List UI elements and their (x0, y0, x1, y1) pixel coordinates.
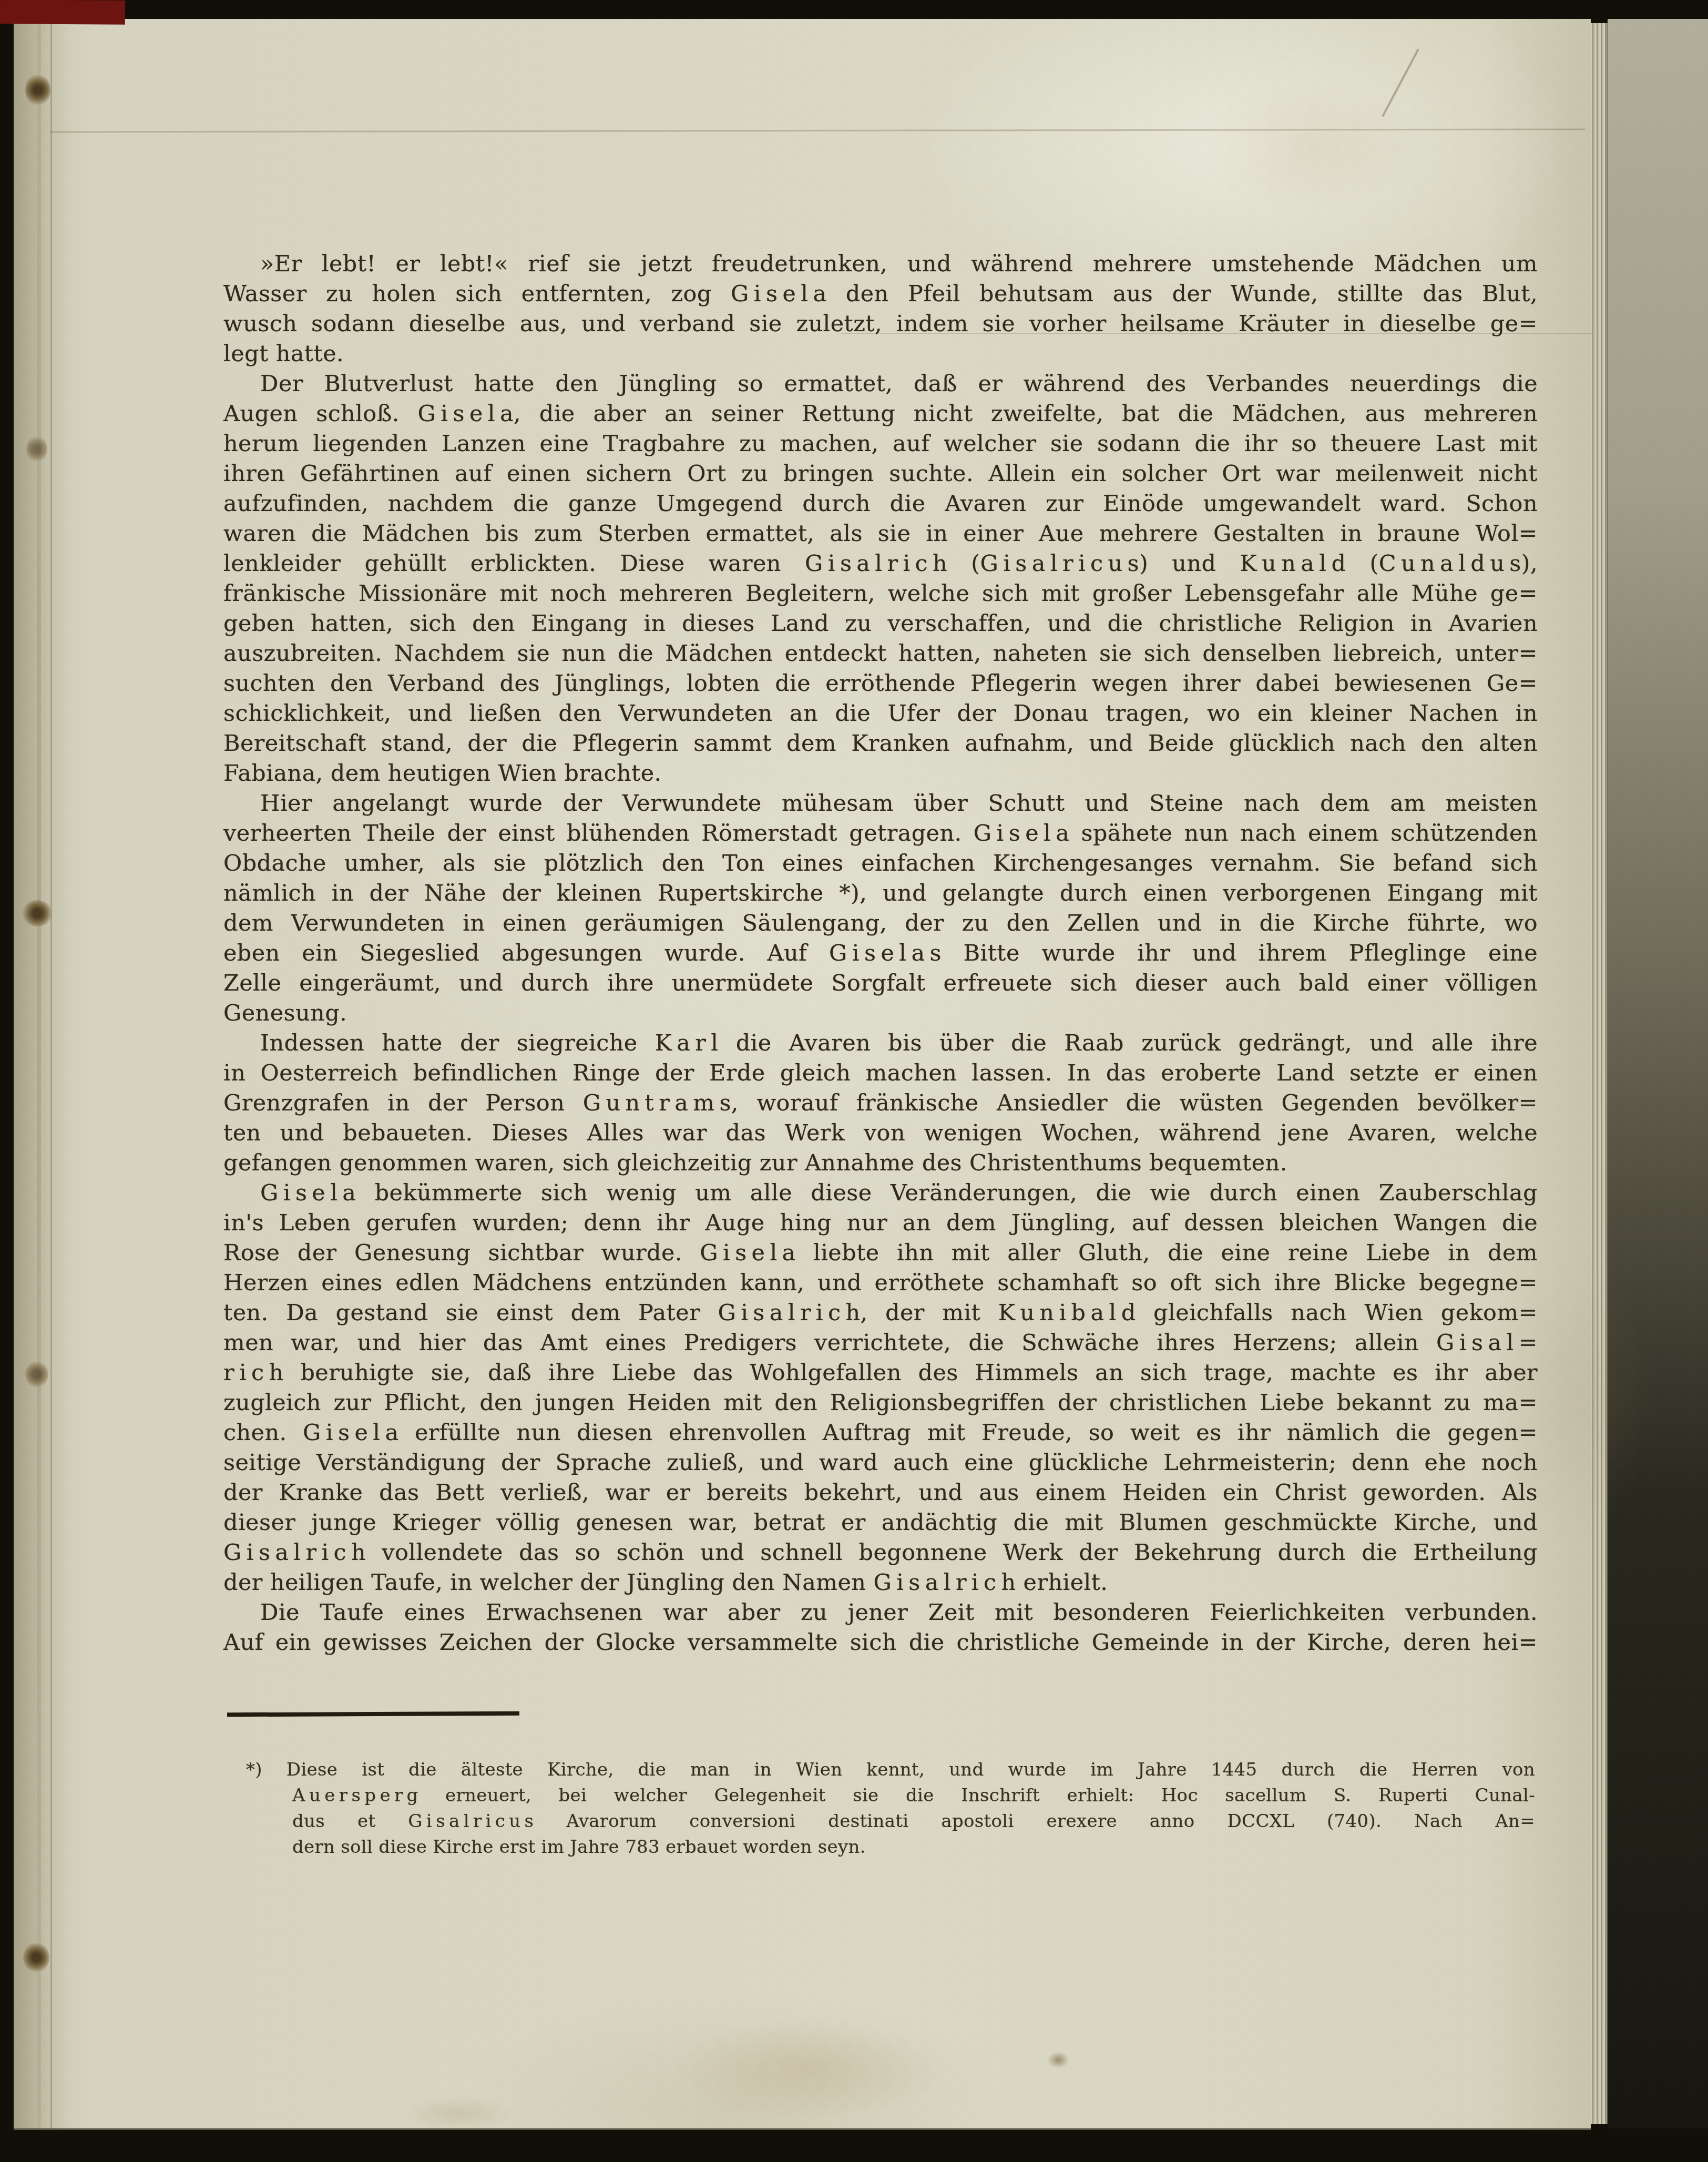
book-page-scan: »Er lebt! er lebt!« rief sie jetzt freud… (0, 0, 1708, 2162)
binding-spine-shadow (14, 19, 82, 2128)
text-line: ten. Da gestand sie einst dem Pater G i … (223, 1298, 1538, 1328)
text-line: »Er lebt! er lebt!« rief sie jetzt freud… (223, 249, 1538, 279)
binding-thread (37, 19, 41, 2128)
text-line: zugleich zur Pflicht, den jungen Heiden … (223, 1388, 1538, 1418)
text-line: Grenzgrafen in der Person G u n t r a m … (223, 1088, 1538, 1118)
text-line: dem Verwundeten in einen geräumigen Säul… (223, 909, 1538, 939)
text-line: Bereitschaft stand, der die Pflegerin sa… (223, 729, 1538, 759)
text-line: fränkische Missionäre mit noch mehreren … (223, 579, 1538, 609)
text-line: aufzufinden, nachdem die ganze Umgegend … (223, 489, 1538, 519)
text-line: geben hatten, sich den Eingang in dieses… (223, 609, 1538, 639)
text-line: auszubreiten. Nachdem sie nun die Mädche… (223, 639, 1538, 669)
text-line: in's Leben gerufen wurden; denn ihr Auge… (223, 1208, 1538, 1238)
paragraph: Indessen hatte der siegreiche K a r l di… (223, 1028, 1538, 1178)
text-line: Hier angelangt wurde der Verwundete mühe… (223, 789, 1538, 819)
text-line: dus et G i s a l r i c u s Avarorum conv… (246, 1809, 1535, 1834)
text-line: Zelle eingeräumt, und durch ihre unermüd… (223, 968, 1538, 998)
text-line: in Oesterreich befindlichen Ringe der Er… (223, 1058, 1538, 1088)
text-line: ten und bebaueten. Dieses Alles war das … (223, 1118, 1538, 1148)
page-stack-edges (1591, 23, 1608, 2124)
paragraph: Der Blutverlust hatte den Jüngling so er… (223, 369, 1538, 789)
text-line: G i s e l a bekümmerte sich wenig um all… (223, 1178, 1538, 1208)
binding-stitch-knot (25, 74, 50, 106)
text-line: eben ein Siegeslied abgesungen wurde. Au… (223, 939, 1538, 968)
text-line: dieser junge Krieger völlig genesen war,… (223, 1508, 1538, 1538)
text-line: schicklichkeit, und ließen den Verwundet… (223, 699, 1538, 729)
binding-stitch-knot (25, 1361, 48, 1388)
text-line: verheerten Theile der einst blühenden Rö… (223, 819, 1538, 849)
paragraph: Hier angelangt wurde der Verwundete mühe… (223, 789, 1538, 1028)
text-line: A u e r s p e r g erneuert, bei welcher … (246, 1783, 1535, 1809)
text-line: Die Taufe eines Erwachsenen war aber zu … (223, 1598, 1538, 1628)
text-line: wusch sodann dieselbe aus, und verband s… (223, 309, 1538, 339)
text-line: herum liegenden Lanzen eine Tragbahre zu… (223, 429, 1538, 459)
text-line: Herzen eines edlen Mädchens entzünden ka… (223, 1268, 1538, 1298)
book-edge-shadow (1608, 19, 1708, 2128)
paragraph: G i s e l a bekümmerte sich wenig um all… (223, 1178, 1538, 1598)
text-line: seitige Verständigung der Sprache zuließ… (223, 1448, 1538, 1478)
text-line: nämlich in der Nähe der kleinen Rupertsk… (223, 879, 1538, 909)
text-line: G i s a l r i c h vollendete das so schö… (223, 1538, 1538, 1568)
text-line: Augen schloß. G i s e l a, die aber an s… (223, 399, 1538, 429)
text-line: gefangen genommen waren, sich gleichzeit… (223, 1148, 1538, 1178)
text-line: der Kranke das Bett verließ, war er bere… (223, 1478, 1538, 1508)
spine-red-corner (0, 0, 125, 25)
binding-fold-crease (50, 19, 52, 2128)
text-line: legt hatte. (223, 339, 1538, 369)
text-line: men war, und hier das Amt eines Prediger… (223, 1328, 1538, 1358)
binding-stitch-knot (26, 435, 47, 463)
text-line: Genesung. (223, 998, 1538, 1028)
text-line: Rose der Genesung sichtbar wurde. G i s … (223, 1238, 1538, 1268)
text-line: chen. G i s e l a erfüllte nun diesen eh… (223, 1418, 1538, 1448)
footnote: *) Diese ist die älteste Kirche, die man… (246, 1757, 1535, 1860)
text-line: ihren Gefährtinen auf einen sichern Ort … (223, 459, 1538, 489)
binding-stitch-knot (23, 1942, 49, 1973)
binding-stitch-knot (22, 900, 53, 926)
text-line: suchten den Verband des Jünglings, lobte… (223, 669, 1538, 699)
paragraph: Die Taufe eines Erwachsenen war aber zu … (223, 1598, 1538, 1658)
text-line: waren die Mädchen bis zum Sterben ermatt… (223, 519, 1538, 549)
text-line: dern soll diese Kirche erst im Jahre 783… (246, 1834, 1535, 1860)
text-line: Fabiana, dem heutigen Wien brachte. (223, 759, 1538, 789)
text-line: Indessen hatte der siegreiche K a r l di… (223, 1028, 1538, 1058)
body-text: »Er lebt! er lebt!« rief sie jetzt freud… (223, 249, 1538, 1658)
text-line: Auf ein gewisses Zeichen der Glocke vers… (223, 1628, 1538, 1658)
text-line: r i c h beruhigte sie, daß ihre Liebe da… (223, 1358, 1538, 1388)
paragraph: »Er lebt! er lebt!« rief sie jetzt freud… (223, 249, 1538, 369)
text-line: Obdache umher, als sie plötzlich den Ton… (223, 849, 1538, 879)
text-line: lenkleider gehüllt erblickten. Diese war… (223, 549, 1538, 579)
text-line: Wasser zu holen sich entfernten, zog G i… (223, 279, 1538, 309)
text-line: Der Blutverlust hatte den Jüngling so er… (223, 369, 1538, 399)
text-line: der heiligen Taufe, in welcher der Jüngl… (223, 1568, 1538, 1598)
text-line: *) Diese ist die älteste Kirche, die man… (246, 1757, 1535, 1783)
